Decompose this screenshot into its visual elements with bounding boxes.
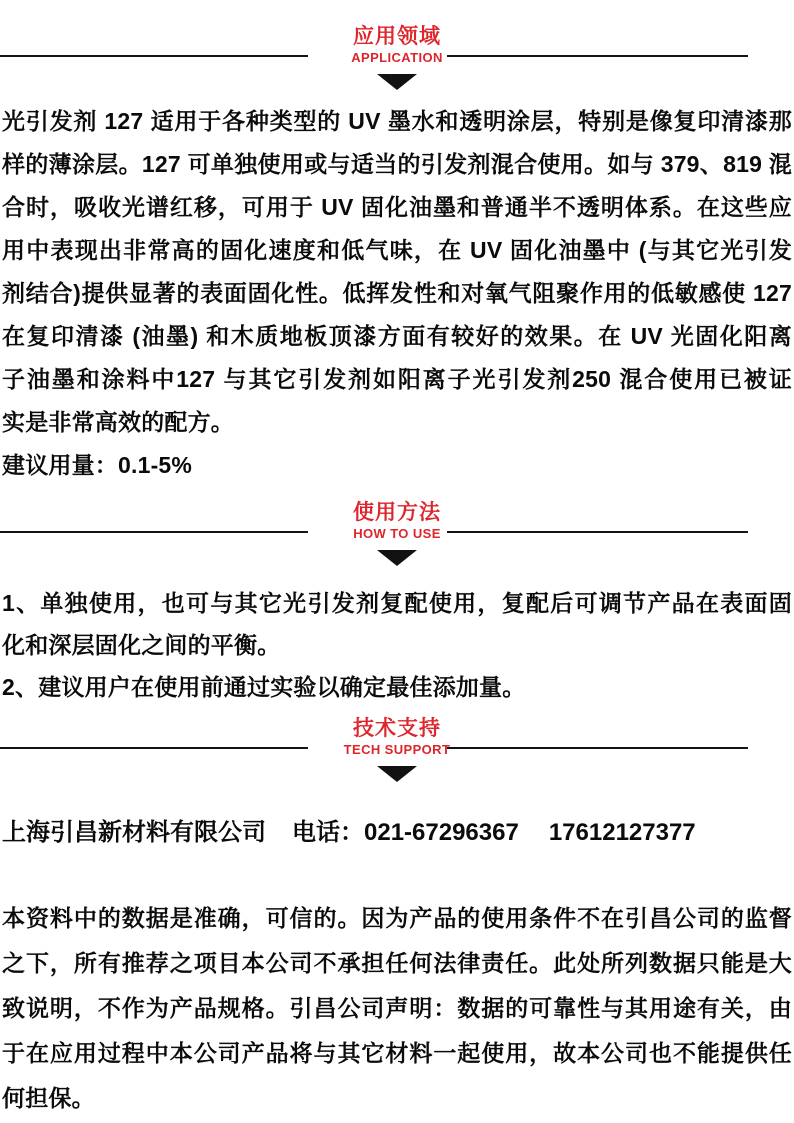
- paragraph-line: 于在应用过程中本公司产品将与其它材料一起使用，故本公司也不能提供任: [2, 1031, 792, 1076]
- paragraph-line: 何担保。: [2, 1076, 792, 1121]
- triangle-down-icon: [377, 74, 417, 90]
- divider-right: [447, 531, 748, 533]
- paragraph-line: 之下，所有推荐之项目本公司不承担任何法律责任。此处所列数据只能是大: [2, 941, 792, 986]
- section-title-cn: 技术支持: [0, 716, 794, 742]
- paragraph-line: 1、单独使用，也可与其它光引发剂复配使用，复配后可调节产品在表面固: [2, 582, 792, 624]
- paragraph-line: 样的薄涂层。127 可单独使用或与适当的引发剂混合使用。如与 379、819 混: [2, 143, 792, 186]
- phone-label: 电话：: [292, 818, 364, 848]
- triangle-down-icon: [377, 550, 417, 566]
- section-header-usage: 使用方法 HOW TO USE: [0, 500, 794, 566]
- section-title-en: HOW TO USE: [0, 526, 794, 542]
- application-paragraph: 光引发剂 127 适用于各种类型的 UV 墨水和透明涂层，特别是像复印清漆那 样…: [0, 100, 794, 487]
- paragraph-line: 在复印清漆 (油墨) 和木质地板顶漆方面有较好的效果。在 UV 光固化阳离: [2, 315, 792, 358]
- section-title-cn: 使用方法: [0, 500, 794, 526]
- section-title-en: TECH SUPPORT: [0, 742, 794, 758]
- divider-left: [0, 747, 308, 749]
- paragraph-line: 建议用量：0.1-5%: [2, 444, 792, 487]
- paragraph-line: 致说明，不作为产品规格。引昌公司声明：数据的可靠性与其用途有关，由: [2, 986, 792, 1031]
- phone-number-1: 021-67296367: [364, 818, 519, 848]
- divider-right: [447, 747, 748, 749]
- paragraph-line: 合时，吸收光谱红移，可用于 UV 固化油墨和普通半不透明体系。在这些应: [2, 186, 792, 229]
- paragraph-line: 剂结合)提供显著的表面固化性。低挥发性和对氧气阻聚作用的低敏感使 127: [2, 272, 792, 315]
- usage-paragraph: 1、单独使用，也可与其它光引发剂复配使用，复配后可调节产品在表面固 化和深层固化…: [0, 582, 794, 708]
- section-header-support: 技术支持 TECH SUPPORT: [0, 716, 794, 782]
- section-title-cn: 应用领域: [0, 24, 794, 50]
- disclaimer-paragraph: 本资料中的数据是准确，可信的。因为产品的使用条件不在引昌公司的监督 之下，所有推…: [0, 896, 794, 1121]
- page: 应用领域 APPLICATION 光引发剂 127 适用于各种类型的 UV 墨水…: [0, 0, 794, 1123]
- section-title-en: APPLICATION: [0, 50, 794, 66]
- divider-left: [0, 55, 308, 57]
- paragraph-line: 光引发剂 127 适用于各种类型的 UV 墨水和透明涂层，特别是像复印清漆那: [2, 100, 792, 143]
- divider-right: [447, 55, 748, 57]
- paragraph-line: 2、建议用户在使用前通过实验以确定最佳添加量。: [2, 666, 792, 708]
- paragraph-line: 本资料中的数据是准确，可信的。因为产品的使用条件不在引昌公司的监督: [2, 896, 792, 941]
- triangle-down-icon: [377, 766, 417, 782]
- paragraph-line: 用中表现出非常高的固化速度和低气味，在 UV 固化油墨中 (与其它光引发: [2, 229, 792, 272]
- section-header-application: 应用领域 APPLICATION: [0, 24, 794, 90]
- paragraph-line: 化和深层固化之间的平衡。: [2, 624, 792, 666]
- phone-number-2: 17612127377: [549, 818, 696, 848]
- paragraph-line: 实是非常高效的配方。: [2, 401, 792, 444]
- company-name: 上海引昌新材料有限公司: [2, 818, 266, 848]
- divider-left: [0, 531, 308, 533]
- paragraph-line: 子油墨和涂料中127 与其它引发剂如阳离子光引发剂250 混合使用已被证: [2, 358, 792, 401]
- contact-line: 上海引昌新材料有限公司 电话： 021-67296367 17612127377: [0, 818, 794, 848]
